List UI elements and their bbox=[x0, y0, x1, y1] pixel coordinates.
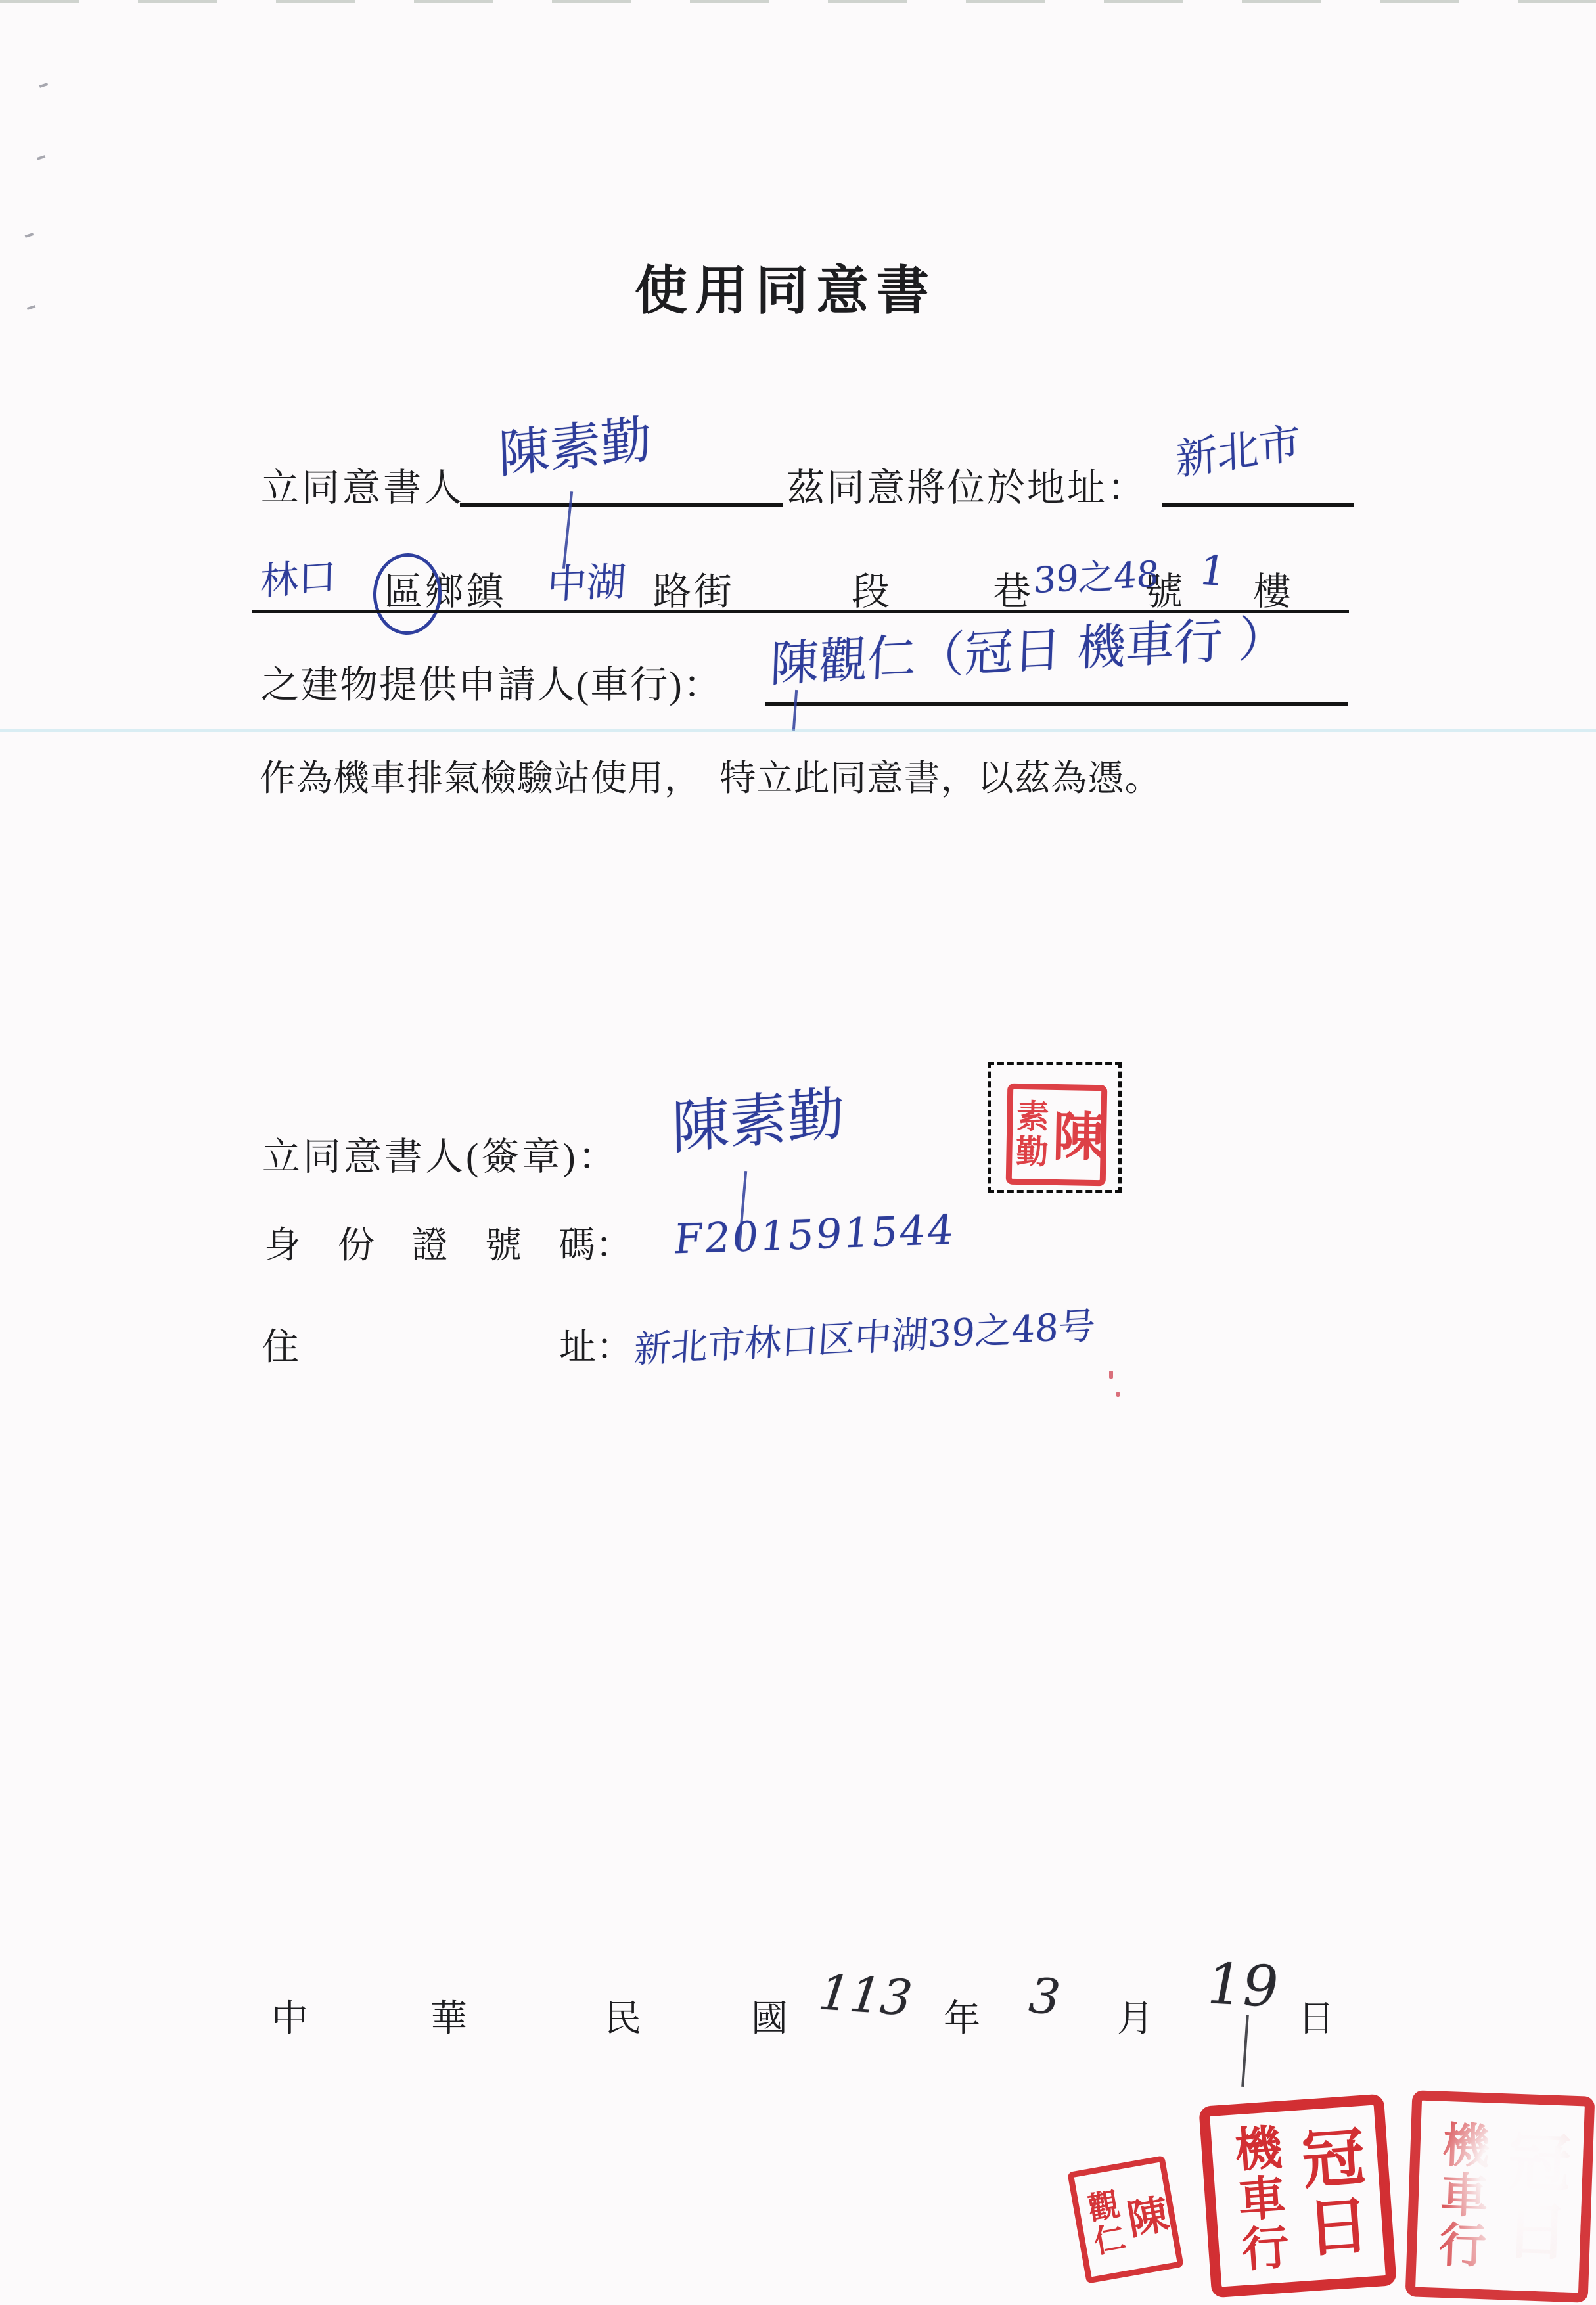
id-number-label: 身 份 證 號 碼： bbox=[264, 1216, 632, 1269]
blank-underline bbox=[765, 702, 1348, 706]
purpose-statement: 作為機車排氣檢驗站使用， 特立此同意書，以茲為憑。 bbox=[260, 749, 1162, 801]
seal-right-column: 冠日 bbox=[1499, 2128, 1566, 2267]
residence-label: 住 bbox=[262, 1318, 299, 1371]
road-street-label: 路街 bbox=[653, 560, 735, 616]
blank-underline bbox=[460, 503, 783, 507]
seal-left-column: 觀仁 bbox=[1082, 2188, 1124, 2260]
lane-label: 巷 bbox=[993, 560, 1031, 616]
handwritten-address: 新北市林口区中湖39之48号 bbox=[633, 1296, 1097, 1373]
scan-speck bbox=[25, 233, 34, 238]
blank-underline bbox=[1162, 503, 1354, 507]
handwritten-id-number: F201591544 bbox=[672, 1205, 957, 1263]
handwritten-district: 林口 bbox=[260, 545, 336, 606]
handwritten-road-name: 中湖 bbox=[546, 551, 627, 610]
handwritten-year: 113 bbox=[809, 1965, 920, 2026]
year-label: 年 bbox=[944, 1990, 980, 2042]
seal-left-column: 素勤 bbox=[1013, 1099, 1047, 1170]
ink-stroke bbox=[1241, 2015, 1249, 2087]
date-char: 華 bbox=[430, 1990, 467, 2042]
motorcycle-shop-seal: 機車行 冠日 bbox=[1198, 2094, 1397, 2298]
motorcycle-shop-seal-faded: 機車行 冠日 bbox=[1405, 2090, 1595, 2303]
address-label: 址： bbox=[559, 1318, 633, 1371]
scan-speck bbox=[27, 305, 36, 310]
date-char: 中 bbox=[271, 1990, 308, 2042]
document-title: 使用同意書 bbox=[635, 248, 937, 324]
handwritten-day: 19 bbox=[1200, 1951, 1285, 2020]
signer-name-seal: 素勤 陳 bbox=[1006, 1084, 1108, 1187]
handwritten-lane-number: 39之48 bbox=[1032, 546, 1160, 603]
handwritten-applicant-shop: 陳觀仁（冠日 機車行 ） bbox=[769, 599, 1288, 696]
applicant-personal-seal: 觀仁 陳 bbox=[1067, 2155, 1184, 2283]
handwritten-month: 3 bbox=[1021, 1968, 1068, 2026]
handwritten-consenter-name: 陳素勤 bbox=[497, 398, 653, 488]
address-intro-label: 茲同意將位於地址： bbox=[787, 457, 1147, 512]
seal-right-column: 陳 bbox=[1047, 1108, 1100, 1162]
seal-right-column: 陳 bbox=[1120, 2193, 1167, 2240]
scan-line-artifact bbox=[0, 729, 1596, 732]
scanned-consent-form-page: 使用同意書 立同意書人 陳素勤 茲同意將位於地址： 新北市 林口 區鄉鎮 中湖 … bbox=[0, 0, 1596, 2305]
red-ink-speck bbox=[1116, 1392, 1120, 1397]
seal-left-column: 機車行 bbox=[1229, 2122, 1287, 2275]
seal-right-column: 冠日 bbox=[1294, 2123, 1366, 2264]
consenter-label: 立同意書人 bbox=[261, 457, 465, 512]
scan-speck bbox=[37, 155, 46, 160]
red-ink-speck bbox=[1109, 1371, 1113, 1379]
section-label: 段 bbox=[852, 560, 890, 616]
date-char: 國 bbox=[751, 1990, 788, 2042]
day-label: 日 bbox=[1298, 1990, 1334, 2042]
scan-top-edge-artifact bbox=[0, 0, 1596, 3]
date-char: 民 bbox=[604, 1990, 641, 2042]
building-provider-label: 之建物提供申請人(車行)： bbox=[261, 654, 723, 709]
handwritten-floor-number: 1 bbox=[1196, 546, 1230, 595]
handwritten-signature: 陳素勤 bbox=[671, 1067, 845, 1165]
scan-speck bbox=[39, 83, 49, 88]
month-label: 月 bbox=[1117, 1990, 1154, 2042]
seal-left-column: 機車行 bbox=[1434, 2120, 1486, 2271]
signature-label: 立同意書人(簽章)： bbox=[262, 1126, 619, 1181]
ink-stroke bbox=[792, 690, 798, 731]
handwritten-city: 新北市 bbox=[1174, 409, 1301, 487]
